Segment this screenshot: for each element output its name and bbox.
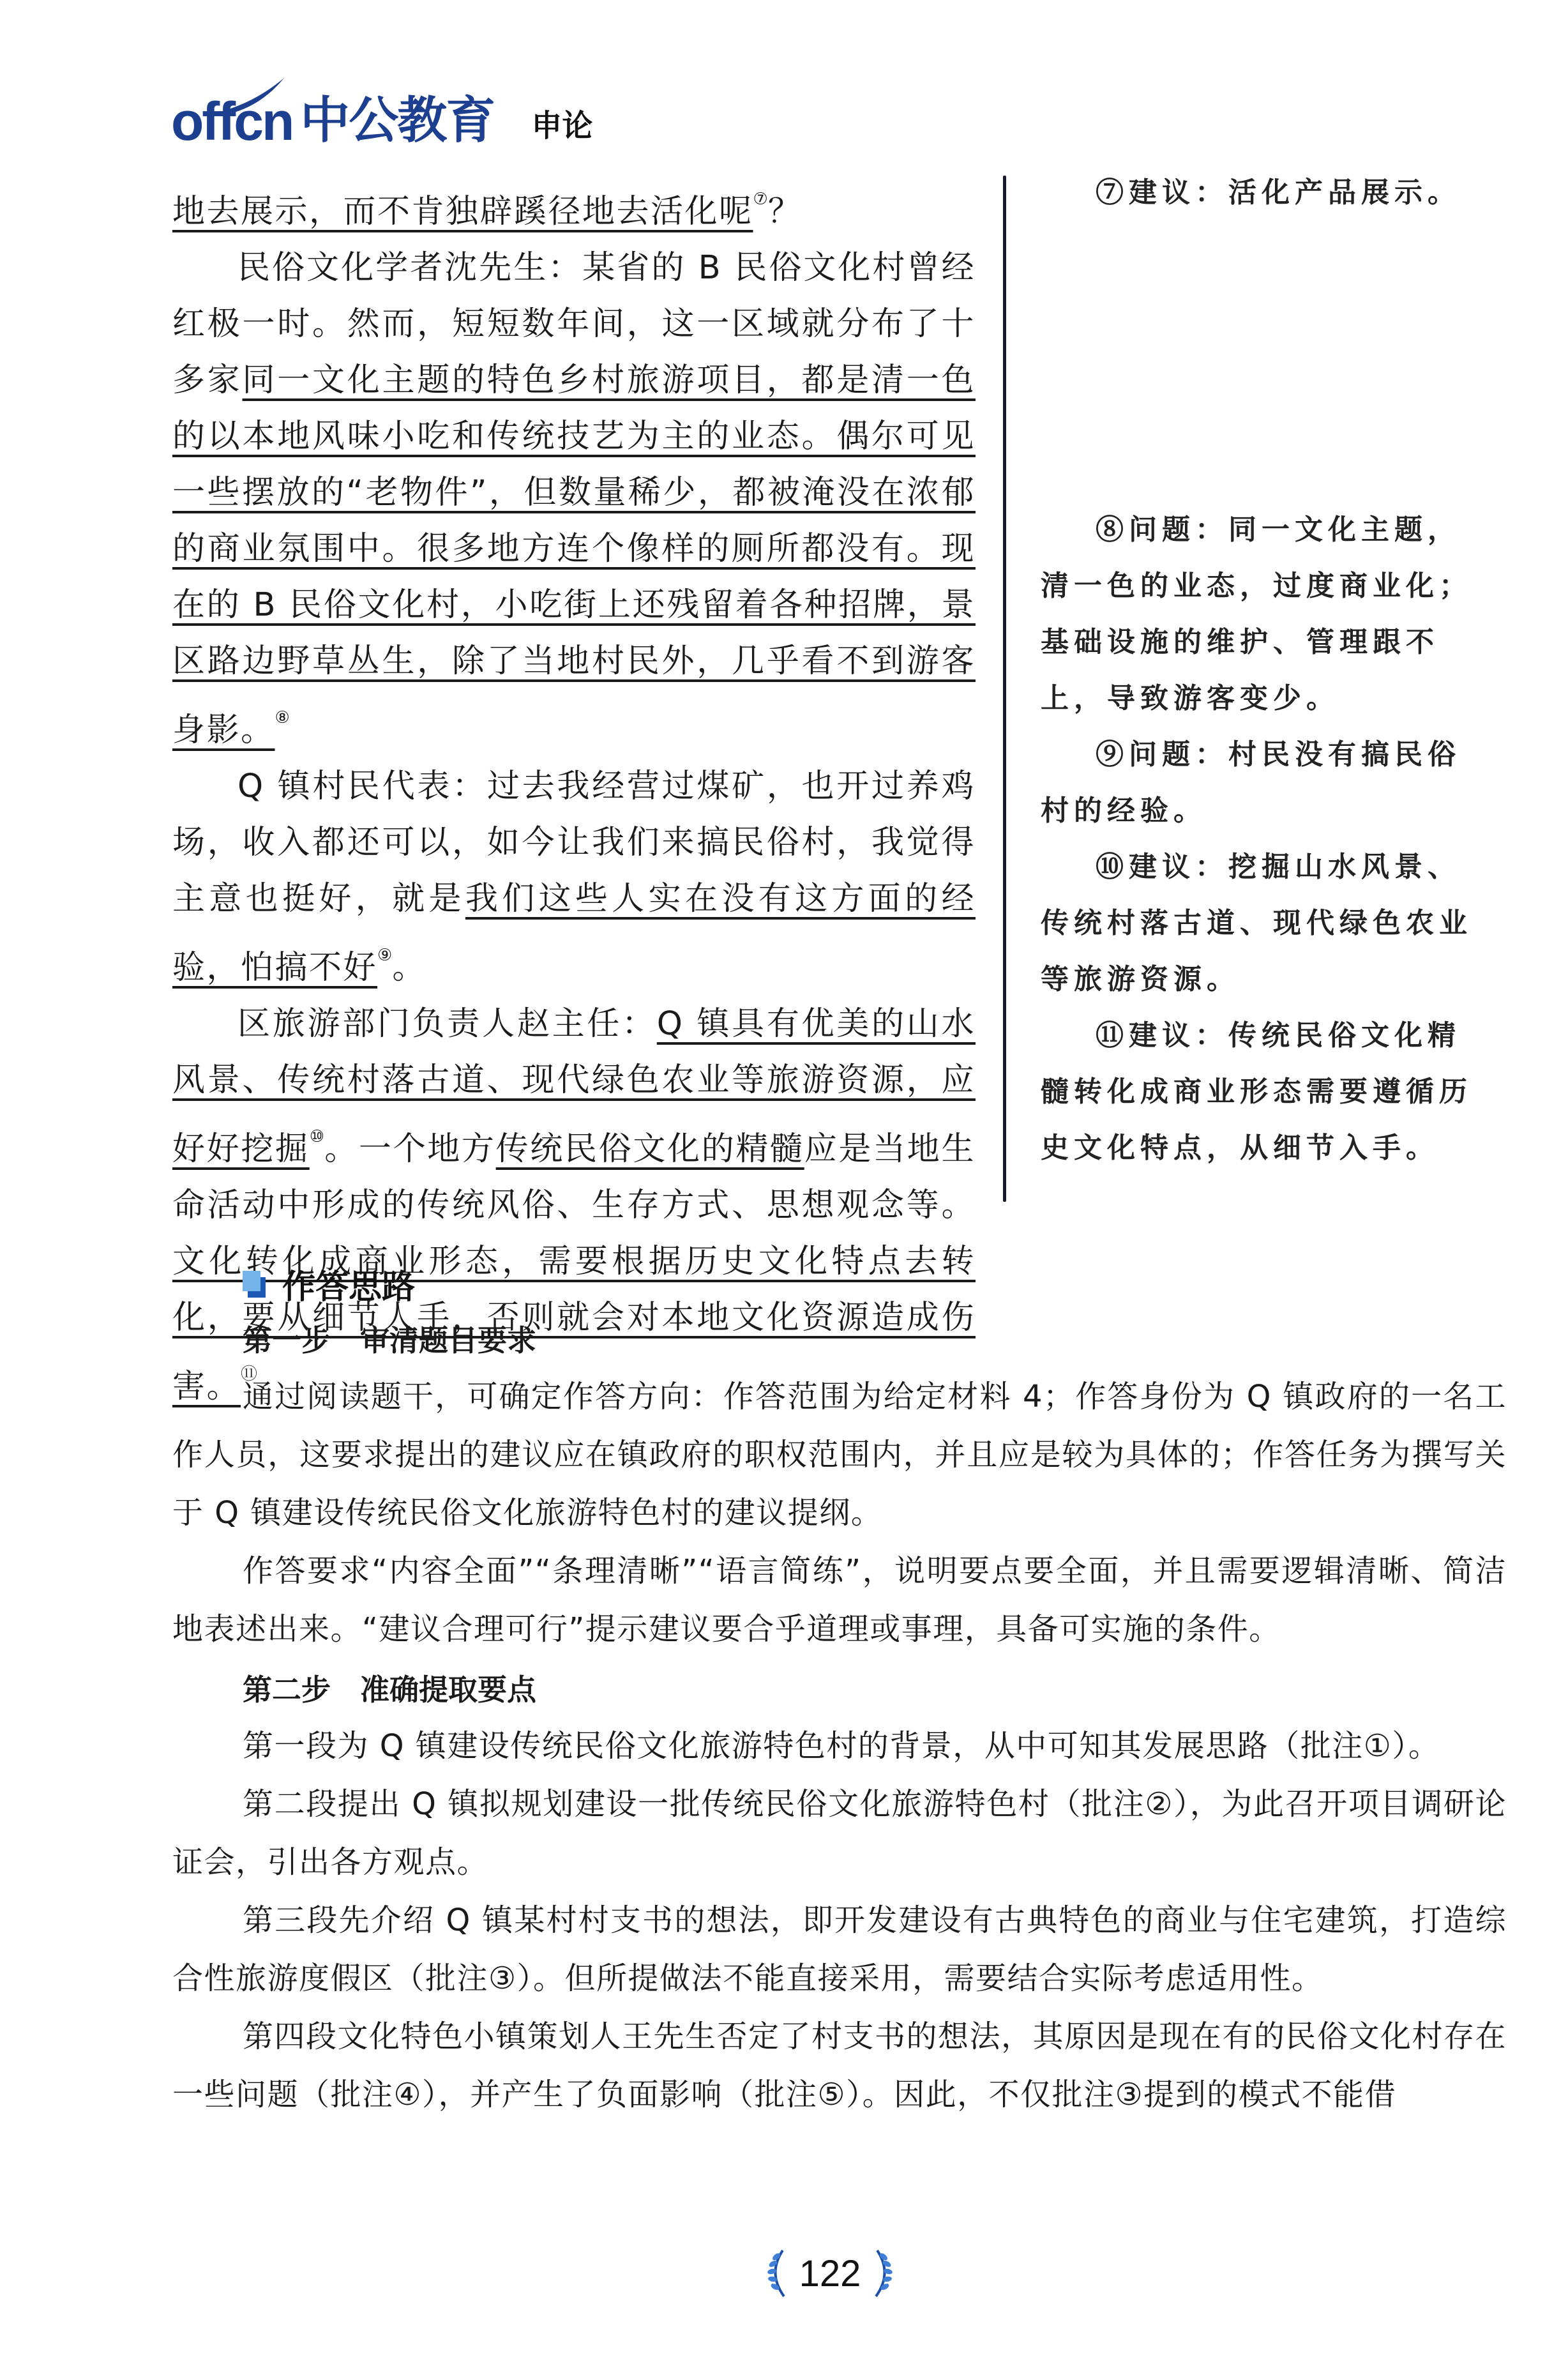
page-number: 122: [799, 2252, 861, 2295]
underlined-text: 同一文化主题的特色乡村旅游项目，都是清一色的以本地风味小吃和传统技艺为主的业态。…: [172, 361, 976, 749]
logo-english: offcn: [171, 96, 292, 147]
annotation-8: ⑧问题：同一文化主题，清一色的业态，过度商业化；基础设施的维护、管理跟不上，导致…: [1041, 502, 1488, 727]
page-footer: 122: [760, 2245, 900, 2302]
section-heading: 作答思路: [243, 1258, 1507, 1309]
answer-paragraph: 通过阅读题干，可确定作答方向：作答范围为给定材料 4；作答身份为 Q 镇政府的一…: [172, 1368, 1507, 1542]
answer-paragraph: 第一段为 Q 镇建设传统民俗文化旅游特色村的背景，从中可知其发展思路（批注①）。: [172, 1717, 1507, 1775]
annotation-7: ⑦建议：活化产品展示。: [1041, 165, 1488, 221]
annotation-11: ⑪建议：传统民俗文化精髓转化成商业形态需要遵循历史文化特点，从细节入手。: [1041, 1008, 1488, 1176]
step-heading-1: 第一步 审清题目要求: [243, 1318, 1507, 1363]
answer-paragraph: 第二段提出 Q 镇拟规划建设一批传统民俗文化旅游特色村（批注②），为此召开项目调…: [172, 1775, 1507, 1892]
material-paragraph-villager: Q 镇村民代表：过去我经营过煤矿，也开过养鸡场，收入都还可以，如今让我们来搞民俗…: [172, 759, 976, 996]
annotation-10: ⑩建议：挖掘山水风景、传统村落古道、现代绿色农业等旅游资源。: [1041, 839, 1488, 1008]
step-heading-2: 第二步 准确提取要点: [243, 1667, 1507, 1712]
note-marker-7: ⑦: [753, 190, 768, 209]
annotation-column: ⑦建议：活化产品展示。 ⑧问题：同一文化主题，清一色的业态，过度商业化；基础设施…: [1041, 165, 1488, 1176]
answer-paragraph: 作答要求“内容全面”“条理清晰”“语言简练”，说明要点要全面，并且需要逻辑清晰、…: [172, 1542, 1507, 1658]
section-label: 申论: [531, 105, 592, 147]
note-marker-10: ⑩: [310, 1127, 325, 1146]
note-marker-8: ⑧: [275, 708, 290, 727]
material-paragraph-0: 地去展示，而不肯独辟蹊径地去活化呢⑦？: [172, 171, 976, 240]
laurel-left-icon: [764, 2248, 789, 2299]
answer-paragraph: 第四段文化特色小镇策划人王先生否定了村支书的想法，其原因是现在有的民俗文化村存在…: [172, 2008, 1507, 2124]
logo-chinese: 中公教育: [300, 95, 494, 147]
answer-section: 作答思路 第一步 审清题目要求 通过阅读题干，可确定作答方向：作答范围为给定材料…: [172, 1258, 1507, 2124]
square-bullet-icon: [243, 1271, 266, 1296]
note-marker-9: ⑨: [377, 946, 392, 965]
column-divider: [1003, 176, 1006, 1202]
material-column: 地去展示，而不肯独辟蹊径地去活化呢⑦？ 民俗文化学者沈先生：某省的 B 民俗文化…: [172, 171, 976, 1415]
logo-swoosh-icon: [217, 77, 287, 115]
laurel-right-icon: [871, 2248, 896, 2299]
answer-paragraph: 第三段先介绍 Q 镇某村村支书的想法，即开发建设有古典特色的商业与住宅建筑，打造…: [172, 1892, 1507, 2008]
section-title: 作答思路: [282, 1260, 415, 1308]
offcn-logo: offcn 中公教育: [171, 95, 494, 147]
page-header: offcn 中公教育 申论: [171, 83, 592, 147]
material-paragraph-shen: 民俗文化学者沈先生：某省的 B 民俗文化村曾经红极一时。然而，短短数年间，这一区…: [172, 240, 976, 759]
underlined-text: 地去展示，而不肯独辟蹊径地去活化呢: [172, 193, 753, 231]
annotation-9: ⑨问题：村民没有搞民俗村的经验。: [1041, 727, 1488, 839]
underlined-text: 传统民俗文化的精髓: [496, 1130, 804, 1168]
